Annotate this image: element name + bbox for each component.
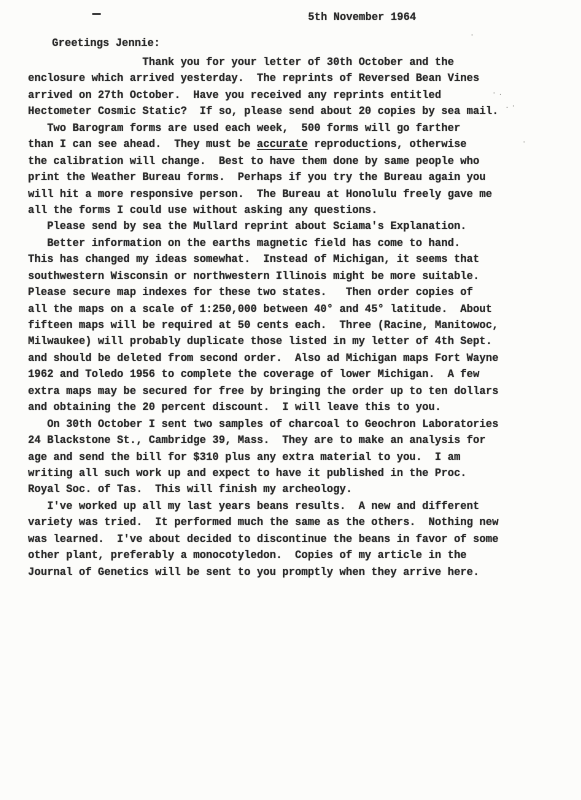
letter-line: On 30th October I sent two samples of ch…	[28, 417, 573, 433]
letter-line: Thank you for your letter of 30th Octobe…	[28, 55, 573, 71]
letter-line: print the Weather Bureau forms. Perhaps …	[28, 170, 573, 186]
letter-line: than I can see ahead. They must be accur…	[28, 137, 573, 153]
letter-line: other plant, preferably a monocotyledon.…	[28, 548, 573, 564]
underlined-text: accurate	[257, 139, 308, 151]
letter-line: extra maps may be secured for free by br…	[28, 384, 573, 400]
letter-line: was learned. I've about decided to disco…	[28, 532, 573, 548]
letter-line: Hectometer Cosmic Static? If so, please …	[28, 104, 573, 120]
letter-line: and obtaining the 20 percent discount. I…	[28, 400, 573, 416]
letter-line: Two Barogram forms are used each week, 5…	[28, 121, 573, 137]
letter-line: writing all such work up and expect to h…	[28, 466, 573, 482]
letter-line: fifteen maps will be required at 50 cent…	[28, 318, 573, 334]
letter-line: will hit a more responsive person. The B…	[28, 187, 573, 203]
letter-line: and should be deleted from second order.…	[28, 351, 573, 367]
letter-line: variety was tried. It performed much the…	[28, 515, 573, 531]
letter-line: 1962 and Toledo 1956 to complete the cov…	[28, 367, 573, 383]
letter-line: all the maps on a scale of 1:250,000 bet…	[28, 302, 573, 318]
letter-line: all the forms I could use without asking…	[28, 203, 573, 219]
letter-line: 24 Blackstone St., Cambridge 39, Mass. T…	[28, 433, 573, 449]
letter-line: age and send the bill for $310 plus any …	[28, 450, 573, 466]
letter-line: arrived on 27th October. Have you receiv…	[28, 88, 573, 104]
letter-body: Thank you for your letter of 30th Octobe…	[28, 55, 573, 581]
letter-salutation: Greetings Jennie:	[52, 38, 160, 50]
letter-line: Journal of Genetics will be sent to you …	[28, 565, 573, 581]
letter-line: Please send by sea the Mullard reprint a…	[28, 219, 573, 235]
letter-line: the calibration will change. Best to hav…	[28, 154, 573, 170]
letter-line: This has changed my ideas somewhat. Inst…	[28, 252, 573, 268]
letter-line: southwestern Wisconsin or northwestern I…	[28, 269, 573, 285]
letter-line: Royal Soc. of Tas. This will finish my a…	[28, 482, 573, 498]
letter-line: Better information on the earths magneti…	[28, 236, 573, 252]
letter-date: 5th November 1964	[308, 12, 416, 24]
letter-line: enclosure which arrived yesterday. The r…	[28, 71, 573, 87]
letter-line: I've worked up all my last years beans r…	[28, 499, 573, 515]
scan-artifact-speck: ·	[470, 32, 476, 40]
letter-line: Please secure map indexes for these two …	[28, 285, 573, 301]
scanned-letter-page: ·. .· · · 5th November 1964 Greetings Je…	[0, 0, 581, 800]
scan-artifact-dash	[92, 13, 101, 15]
letter-line: Milwaukee) will probably duplicate those…	[28, 334, 573, 350]
